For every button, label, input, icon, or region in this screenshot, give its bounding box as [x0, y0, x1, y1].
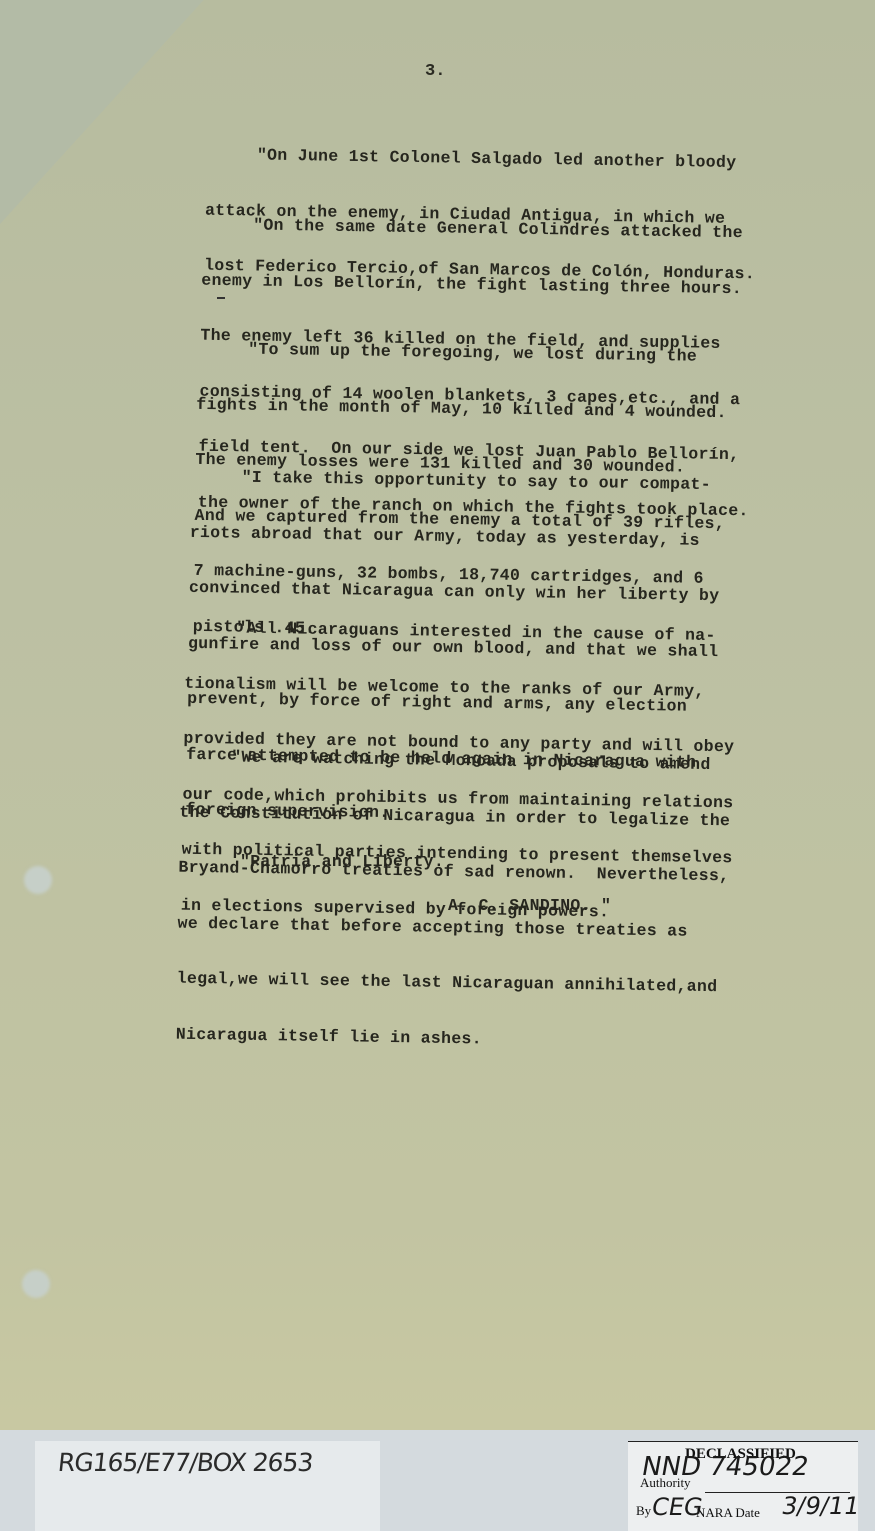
punch-hole: [22, 1270, 50, 1298]
page-number: 3.: [425, 62, 445, 81]
punch-hole: [24, 866, 52, 894]
text-line: "I take this opportunity to say to our c…: [191, 468, 722, 495]
text-line: "On the same date General Colindres atta…: [202, 216, 753, 243]
text-line: "To sum up the foregoing, we lost during…: [197, 340, 728, 367]
signature: A. C. SANDINO. ": [448, 896, 611, 915]
text-line: "All Nicaraguans interested in the cause…: [185, 619, 736, 646]
document-page: 3. "On June 1st Colonel Salgado led anot…: [0, 0, 875, 1430]
text-line: the Constitution of Nicaragua in order t…: [179, 803, 730, 830]
text-line: we declare that before accepting those t…: [177, 914, 728, 941]
nara-date-label: NARA Date: [696, 1505, 760, 1521]
archive-reference: RG165/E77/BOX 2653: [56, 1448, 313, 1477]
text-line: tionalism will be welcome to the ranks o…: [184, 674, 735, 701]
closing-line: "Patria and Liberty.: [240, 852, 444, 871]
text-line: "We are watching the Moncada proposals t…: [180, 748, 731, 775]
text-line: "On June 1st Colonel Salgado led another…: [206, 146, 757, 173]
text-line: riots abroad that our Army, today as yes…: [190, 523, 721, 550]
stray-mark: [217, 297, 225, 299]
text-line: Nicaragua itself lie in ashes.: [176, 1025, 727, 1052]
by-label: By: [636, 1503, 651, 1519]
date-value: 3/9/11: [780, 1492, 862, 1520]
authority-value: NND 745022: [639, 1452, 811, 1482]
text-line: legal,we will see the last Nicaraguan an…: [177, 970, 728, 997]
text-line: fights in the month of May, 10 killed an…: [196, 395, 727, 422]
text-line: enemy in Los Bellorín, the fight lasting…: [201, 271, 752, 298]
